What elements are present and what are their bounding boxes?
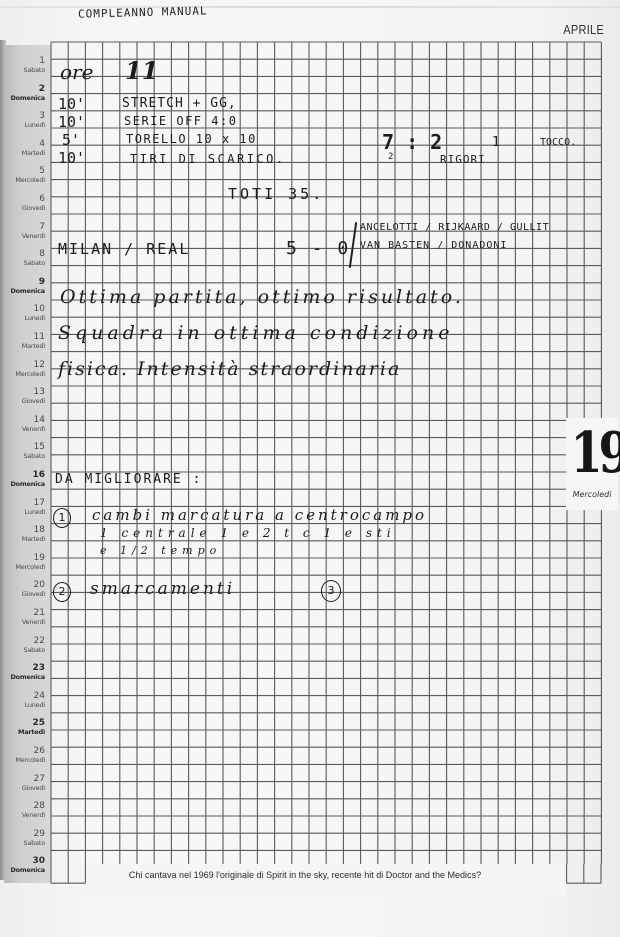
note-scorers-line-2: VAN BASTEN / DONADONI	[360, 240, 507, 251]
note-item-1-number: 1	[53, 508, 71, 528]
note-item-1-line-2: 1 centrale 1 e 2 t c 1 e sti	[100, 526, 396, 540]
note-line-3-minutes: 5'	[62, 131, 80, 149]
note-line-1-text: STRETCH + GG,	[122, 96, 237, 111]
note-improve-title: DA MIGLIORARE :	[55, 472, 202, 487]
note-line-2-minutes: 10'	[58, 113, 85, 131]
note-comment-2: Squadra in ottima condizione	[58, 322, 453, 344]
note-line-3-text: TORELLO 10 x 10	[126, 132, 257, 146]
note-item-2-text: smarcamenti	[90, 579, 235, 599]
date-day-name: Mercoledì	[566, 490, 618, 499]
note-line-4-minutes: 10'	[58, 149, 85, 167]
note-line-1-minutes: 10'	[58, 95, 85, 113]
date-day-number: 19	[571, 418, 614, 488]
footer-trivia: Chi cantava nel 1969 l'originale di Spir…	[110, 870, 500, 881]
note-match: MILAN / REAL	[58, 240, 190, 258]
diary-page: COMPLEANNO MANUAL APRILE 1Sabato2Domenic…	[0, 0, 620, 937]
note-totale: TOTI 35.	[228, 185, 324, 203]
note-comment-3: fisica. Intensità straordinaria	[58, 358, 401, 380]
note-line-4-text: TIRI DI SCARICO.	[130, 152, 286, 166]
note-comment-1: Ottima partita, ottimo risultato.	[60, 286, 464, 308]
note-tocco: TOCCO.	[540, 137, 576, 148]
note-rigori-label: RIGORI	[440, 153, 486, 166]
note-line-2-text: SERIE OFF 4:0	[124, 114, 237, 128]
note-item-2-number: 2	[53, 582, 71, 602]
note-match-score: 5 - 0	[286, 238, 350, 259]
note-score-sub: 2	[388, 152, 393, 162]
note-item-3-number: 3	[321, 580, 341, 602]
note-scorers-line-1: ANCELOTTI / RIJKAARD / GULLIT	[360, 222, 549, 233]
graph-paper-grid	[0, 0, 620, 937]
note-ore-value: 11	[125, 56, 158, 85]
note-score: 7 : 2	[382, 130, 442, 154]
note-ore-label: ore	[60, 60, 93, 84]
note-item-1-line-1: cambi marcatura a centrocampo	[92, 506, 427, 524]
note-item-1-line-3: e 1/2 tempo	[100, 544, 221, 557]
note-rigori-count: 1	[492, 135, 500, 150]
